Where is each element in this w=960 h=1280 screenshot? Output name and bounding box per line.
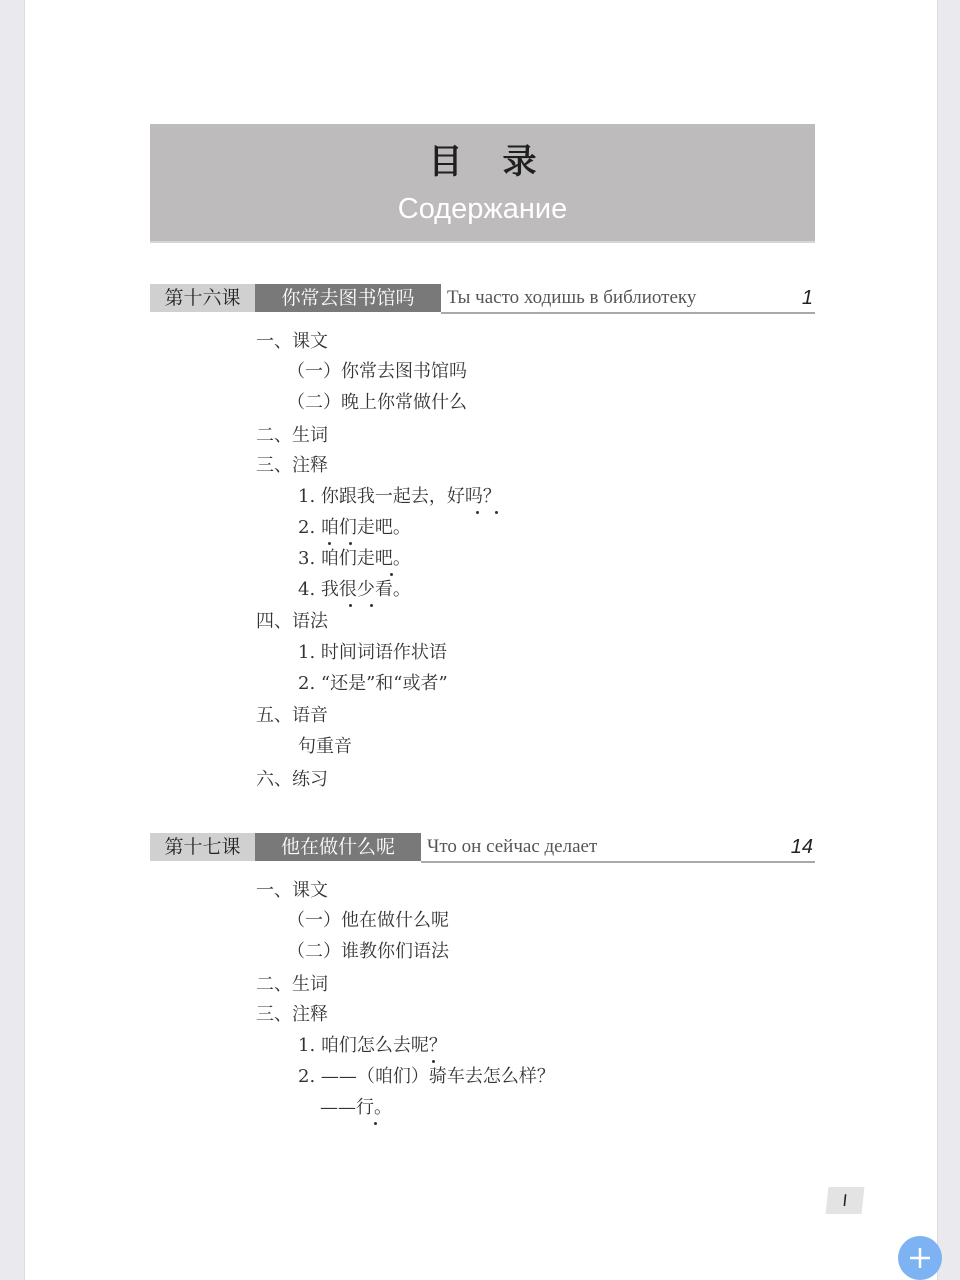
- toc-item[interactable]: 六、练习: [256, 768, 328, 792]
- emphasis-dot: [495, 511, 498, 514]
- toc-item[interactable]: 3. 咱们走吧。: [298, 547, 411, 571]
- lesson-title-russian: Ты часто ходишь в библиотеку: [441, 284, 815, 314]
- toc-item[interactable]: 2. ——（咱们）骑车去怎么样？: [298, 1065, 555, 1089]
- toc-item[interactable]: 1. 你跟我一起去，好吗？: [298, 485, 501, 509]
- toc-item[interactable]: （一）你常去图书馆吗: [287, 360, 467, 384]
- plus-icon: [908, 1246, 932, 1270]
- emphasis-dot: [476, 511, 479, 514]
- toc-item[interactable]: 2. 咱们走吧。: [298, 516, 411, 540]
- lesson-header-17[interactable]: 第十七课 他在做什么呢 Что он сейчас делает 14: [150, 833, 815, 861]
- toc-item[interactable]: （二）晚上你常做什么: [287, 391, 467, 415]
- toc-item[interactable]: 一、课文: [256, 879, 328, 903]
- toc-item[interactable]: 二、生词: [256, 973, 328, 997]
- toc-item[interactable]: 4. 我很少看。: [298, 578, 411, 602]
- emphasis-dot: [432, 1060, 435, 1063]
- toc-item[interactable]: 五、语音: [256, 704, 328, 728]
- toc-item[interactable]: 2. “还是”和“或者”: [298, 672, 448, 696]
- toc-item[interactable]: 1. 咱们怎么去呢？: [298, 1034, 447, 1058]
- toc-item[interactable]: 三、注释: [256, 1003, 328, 1027]
- toc-item[interactable]: 三、注释: [256, 454, 328, 478]
- emphasis-dot: [349, 604, 352, 607]
- lesson-page-number: 1: [802, 284, 813, 312]
- toc-item[interactable]: 句重音: [298, 735, 352, 759]
- toc-item[interactable]: 二、生词: [256, 424, 328, 448]
- toc-item[interactable]: （一）他在做什么呢: [287, 909, 449, 933]
- page-number-badge: I: [826, 1187, 865, 1214]
- lesson-title-chinese: 你常去图书馆吗: [255, 284, 441, 312]
- toc-item[interactable]: 1. 时间词语作状语: [298, 641, 447, 665]
- lesson-header-16[interactable]: 第十六课 你常去图书馆吗 Ты часто ходишь в библиотек…: [150, 284, 815, 312]
- toc-title-russian: Содержание: [150, 193, 815, 226]
- emphasis-dot: [370, 604, 373, 607]
- lesson-number: 第十七课: [150, 833, 255, 861]
- emphasis-dot: [390, 573, 393, 576]
- add-button[interactable]: [898, 1236, 942, 1280]
- toc-item[interactable]: （二）谁教你们语法: [287, 940, 449, 964]
- lesson-title-chinese: 他在做什么呢: [255, 833, 421, 861]
- lesson-number: 第十六课: [150, 284, 255, 312]
- emphasis-dot: [349, 542, 352, 545]
- lesson-title-russian: Что он сейчас делает: [421, 833, 815, 863]
- emphasis-dot: [374, 1122, 377, 1125]
- toc-item[interactable]: 四、语法: [256, 610, 328, 634]
- toc-item[interactable]: ——行。: [320, 1096, 392, 1120]
- emphasis-dot: [328, 542, 331, 545]
- toc-title-chinese: 目录: [150, 134, 815, 183]
- lesson-page-number: 14: [791, 833, 813, 861]
- toc-item[interactable]: 一、课文: [256, 330, 328, 354]
